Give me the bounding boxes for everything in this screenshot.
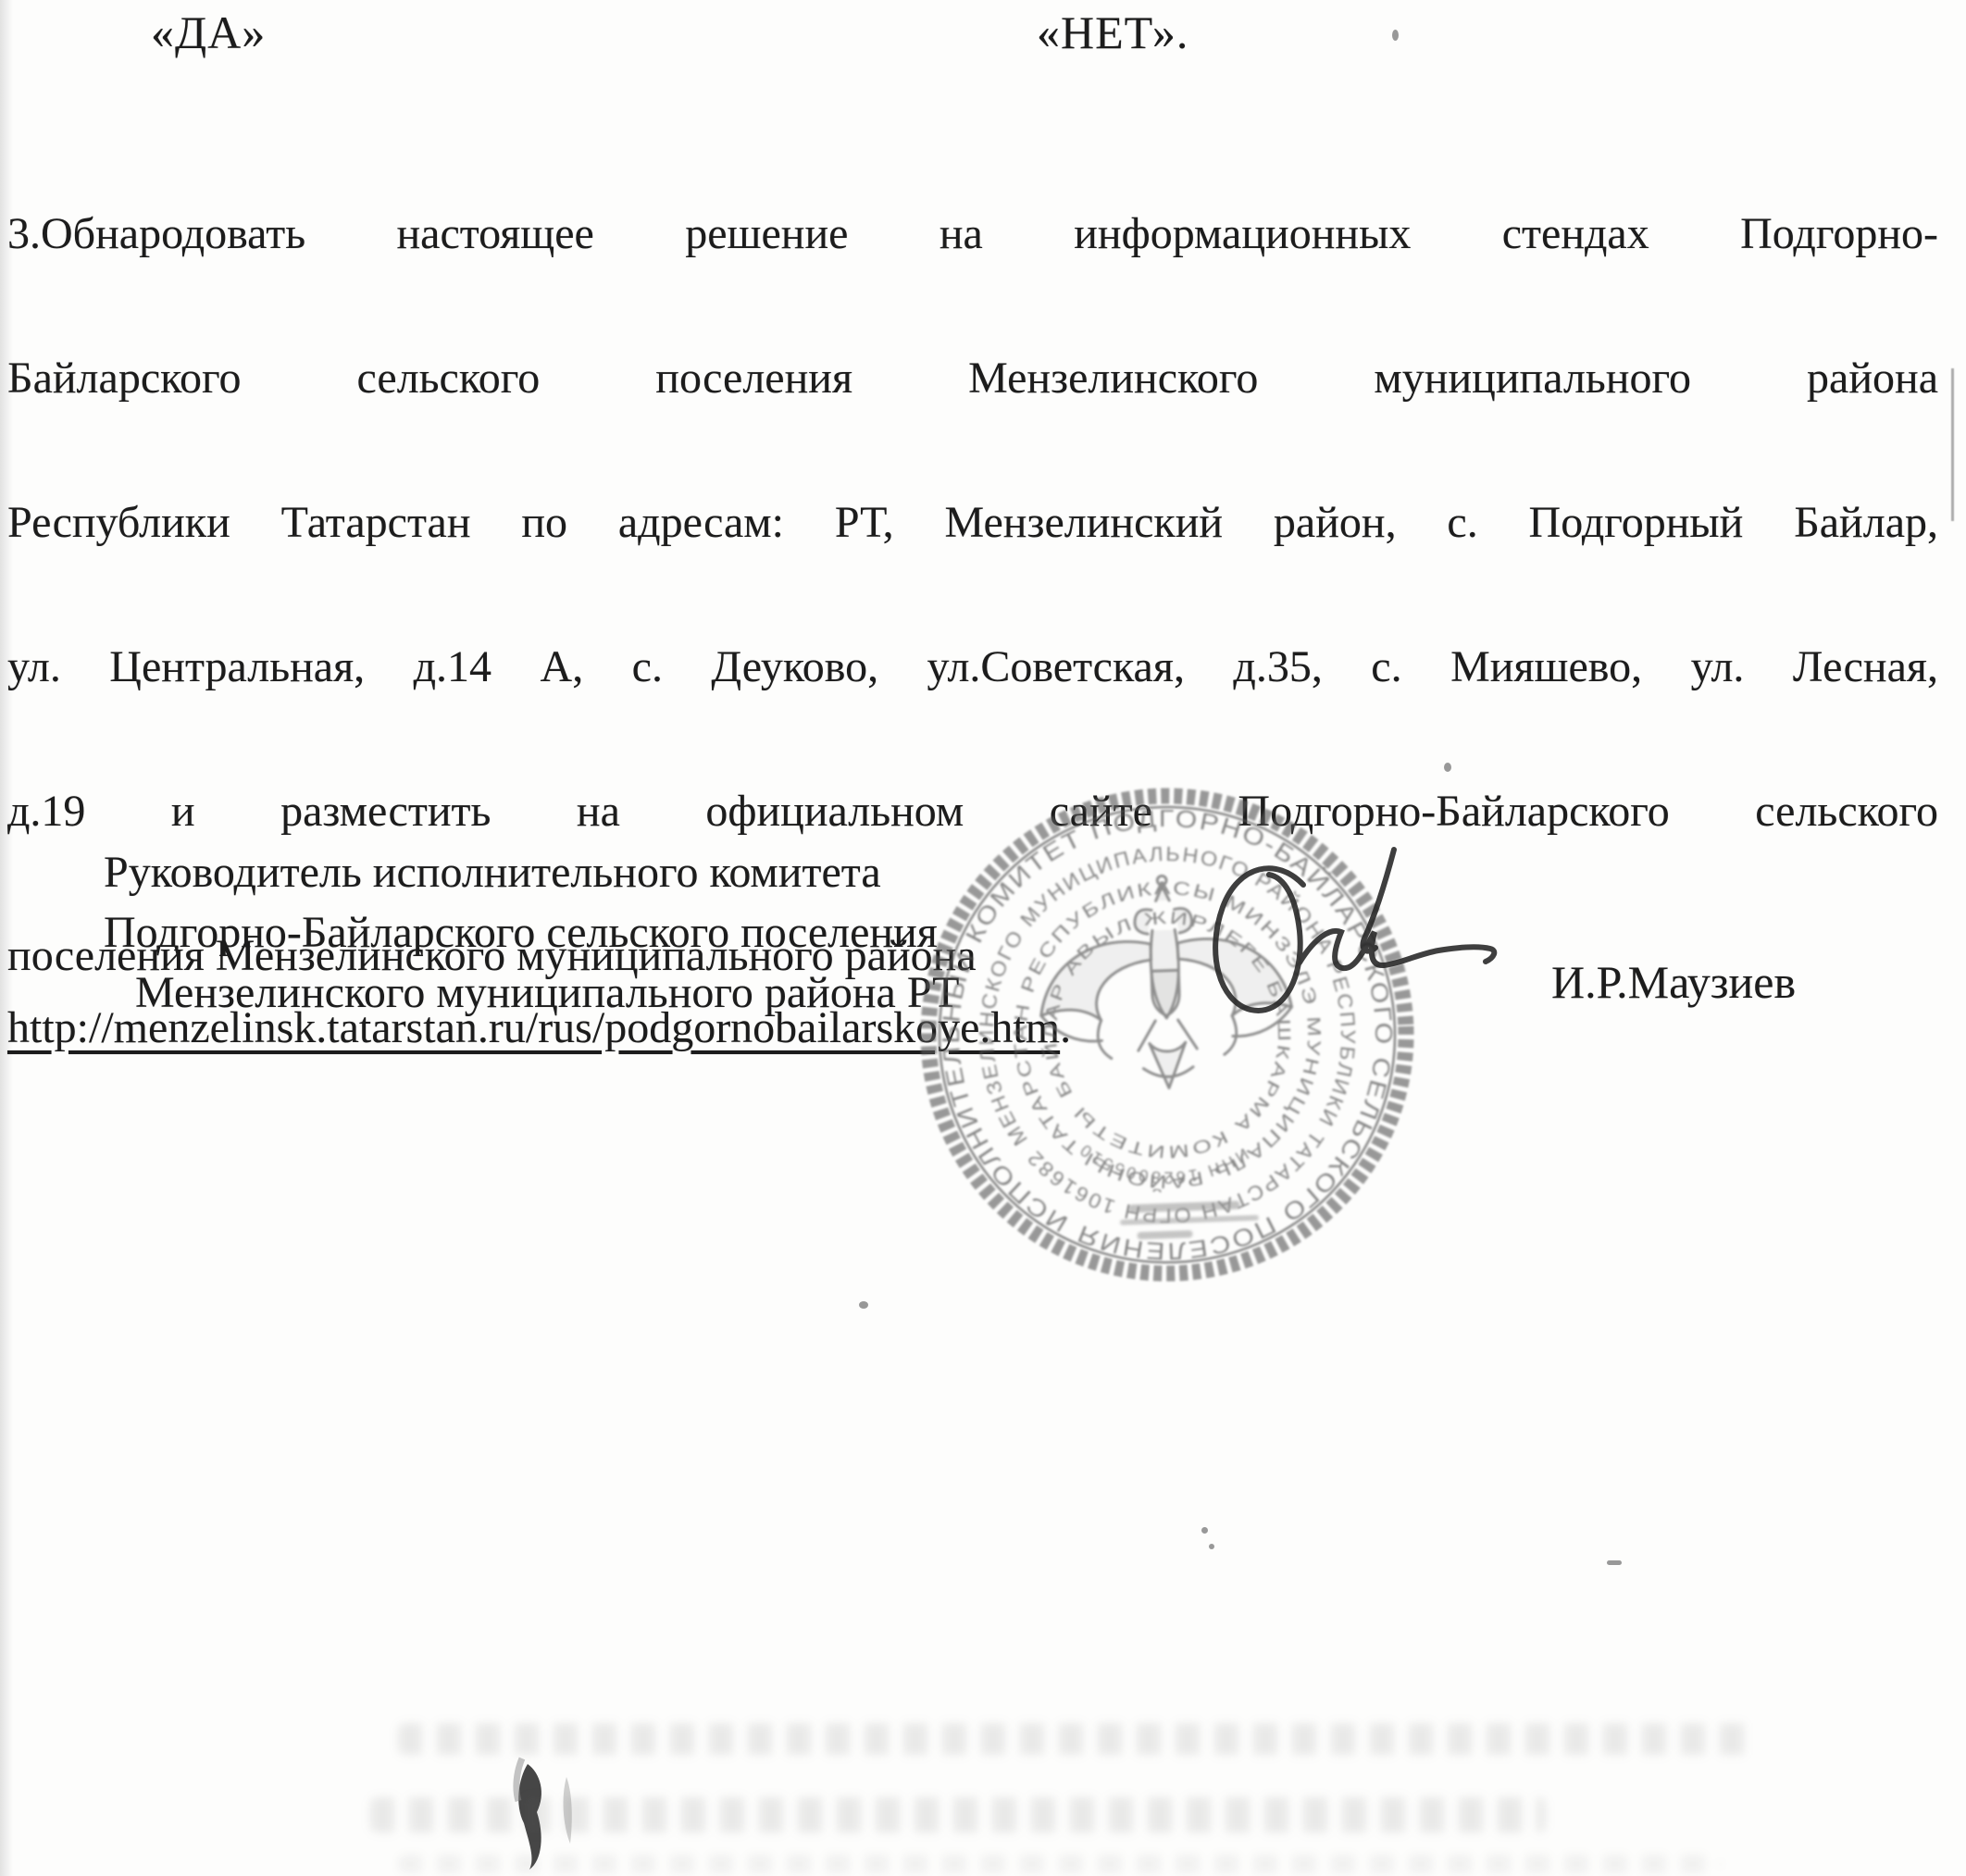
scanned-document-page: «ДА» «НЕТ». 3.Обнародовать настоящее реш… [0, 0, 1966, 1876]
scan-speck [1201, 1527, 1208, 1534]
scanner-streak [1951, 368, 1954, 521]
paragraph-line: ул. Центральная, д.14 А, с. Деуково, ул.… [7, 631, 1938, 776]
scan-speck [1444, 763, 1451, 772]
scan-speck [1607, 1560, 1622, 1565]
signature-block-line: Руководитель исполнительного комитета [104, 842, 959, 902]
paragraph-line: Республики Татарстан по адресам: РТ, Мен… [7, 487, 1938, 631]
scan-speck [859, 1301, 868, 1309]
scan-speck [1209, 1544, 1214, 1549]
signature-block-line: Подгорно-Байларского сельского поселения [104, 902, 959, 963]
signature-block: Руководитель исполнительного комитета По… [104, 842, 959, 1023]
signature-block-line: Мензелинского муниципального района РТ [104, 963, 959, 1023]
paragraph-line: Байларского сельского поселения Мензелин… [7, 342, 1938, 487]
ink-smudge [481, 1740, 611, 1876]
handwritten-signature [1018, 740, 1648, 1055]
paragraph-line: 3.Обнародовать настоящее решение на инфо… [7, 198, 1938, 342]
scan-speck [1392, 30, 1399, 41]
vote-no-label: «НЕТ». [1037, 6, 1188, 59]
vote-yes-label: «ДА» [151, 6, 266, 59]
